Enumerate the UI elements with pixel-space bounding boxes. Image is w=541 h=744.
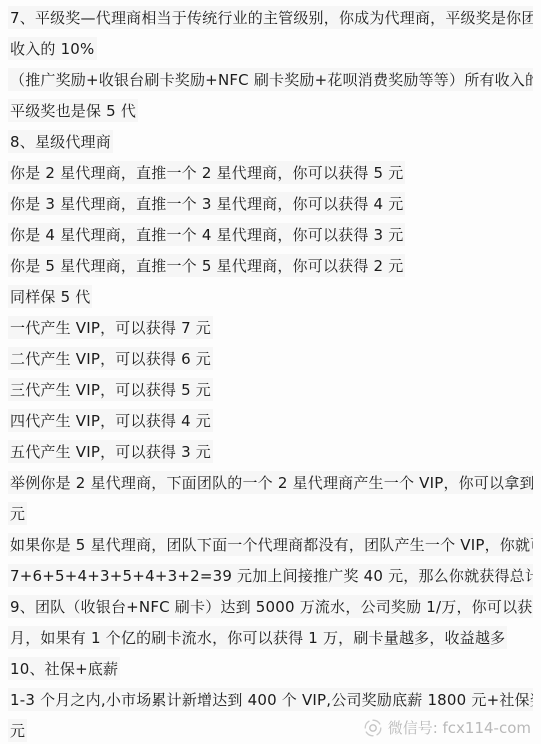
document-page: 7、平级奖—代理商相当于传统行业的主管级别，你成为代理商，平级奖是你团队所有 收… xyxy=(0,0,541,744)
text-line: 如果你是 5 星代理商，团队下面一个代理商都没有，团队产生一个 VIP，你就可以… xyxy=(8,529,533,560)
text-line: 三代产生 VIP，可以获得 5 元 xyxy=(8,374,533,405)
text-line: 你是 3 星代理商，直推一个 3 星代理商，你可以获得 4 元 xyxy=(8,188,533,219)
section-heading: 8、星级代理商 xyxy=(8,126,533,157)
text-line: 你是 2 星代理商，直推一个 2 星代理商，你可以获得 5 元 xyxy=(8,157,533,188)
text-line: 7、平级奖—代理商相当于传统行业的主管级别，你成为代理商，平级奖是你团队所有 xyxy=(8,2,533,33)
text-line: 二代产生 VIP，可以获得 6 元 xyxy=(8,343,533,374)
text-line: 你是 5 星代理商，直推一个 5 星代理商，你可以获得 2 元 xyxy=(8,250,533,281)
text-line: 五代产生 VIP，可以获得 3 元 xyxy=(8,436,533,467)
text-line: 平级奖也是保 5 代 xyxy=(8,95,533,126)
section-heading: 10、社保+底薪 xyxy=(8,653,533,684)
watermark: 微信号: fcx114-com xyxy=(363,717,531,738)
text-line: 同样保 5 代 xyxy=(8,281,533,312)
text-line: 9、团队（收银台+NFC 刷卡）达到 5000 万流水，公司奖励 1/万，你可以… xyxy=(8,591,533,622)
text-line: 你是 4 星代理商，直推一个 4 星代理商，你可以获得 3 元 xyxy=(8,219,533,250)
text-line: 1-3 个月之内,小市场累计新增达到 400 个 VIP,公司奖励底薪 1800… xyxy=(8,684,533,715)
text-line: 元 xyxy=(8,498,533,529)
watermark-text: 微信号: fcx114-com xyxy=(388,717,531,738)
text-line: 举例你是 2 星代理商，下面团队的一个 2 星代理商产生一个 VIP，你可以拿到… xyxy=(8,467,533,498)
text-line: 月，如果有 1 个亿的刷卡流水，你可以获得 1 万，刷卡量越多，收益越多 xyxy=(8,622,533,653)
text-line: 7+6+5+4+3+5+4+3+2=39 元加上间接推广奖 40 元，那么你就获… xyxy=(8,560,533,591)
text-line: （推广奖励+收银台刷卡奖励+NFC 刷卡奖励+花呗消费奖励等等）所有收入的 10… xyxy=(8,64,533,95)
text-line: 一代产生 VIP，可以获得 7 元 xyxy=(8,312,533,343)
text-line: 收入的 10% xyxy=(8,33,533,64)
text-line: 四代产生 VIP，可以获得 4 元 xyxy=(8,405,533,436)
wechat-sun-logo-icon xyxy=(363,718,383,738)
